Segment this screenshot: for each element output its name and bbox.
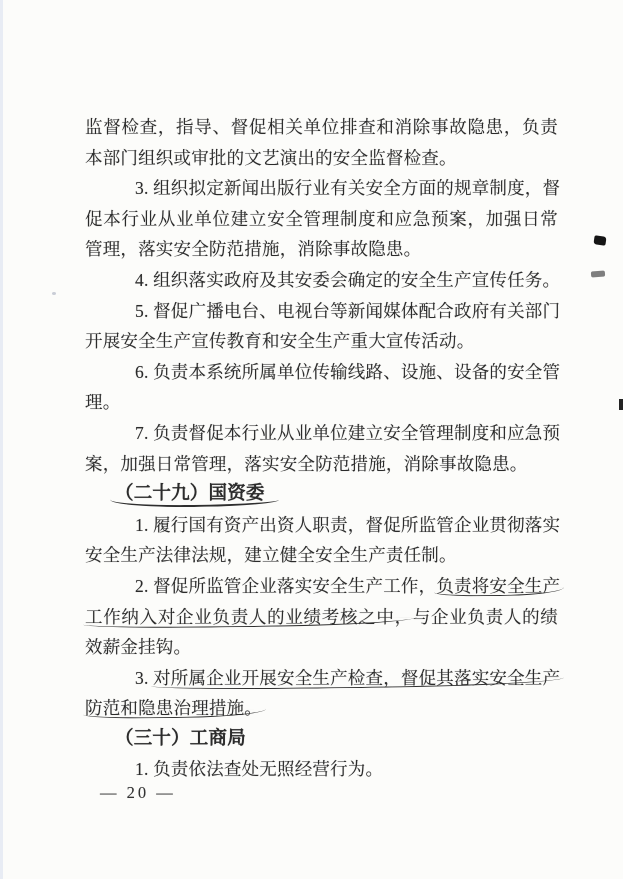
line-text: 本部门组织或审批的文艺演出的安全监督检查。 xyxy=(85,148,457,168)
line-text: 与企业负责人的绩 xyxy=(413,607,558,627)
scan-artifact xyxy=(619,399,623,410)
line-text: 效薪金挂钩。 xyxy=(85,637,191,657)
line-text: 安全生产法律法规，建立健全安全生产责任制。 xyxy=(85,545,457,565)
line-text: 5. 督促广播电台、电视台等新闻媒体配合政府有关部门 xyxy=(135,301,560,321)
text-line: 促本行业从业单位建立安全管理制度和应急预案，加强日常 xyxy=(85,204,558,235)
scan-artifact xyxy=(52,292,56,295)
text-line: 监督检查，指导、督促相关单位排查和消除事故隐患，负责 xyxy=(85,112,558,143)
line-text: 2. 督促所监管企业落实安全生产工作， xyxy=(135,576,436,596)
scan-artifact xyxy=(591,271,605,278)
scanned-document-page: 监督检查，指导、督促相关单位排查和消除事故隐患，负责 本部门组织或审批的文艺演出… xyxy=(0,0,623,879)
text-line: 案，加强日常管理，落实安全防范措施，消除事故隐患。 xyxy=(85,449,558,480)
line-text: 1. 履行国有资产出资人职责，督促所监管企业贯彻落实 xyxy=(135,515,560,535)
text-line: 工作纳入对企业负责人的业绩考核之中，与企业负责人的绩 xyxy=(85,602,558,633)
section-heading-guoziwei: （二十九）国资委 xyxy=(85,479,558,510)
text-line: 管理，落实安全防范措施，消除事故隐患。 xyxy=(85,234,558,265)
text-line: 3. 对所属企业开展安全生产检查，督促其落实安全生产 xyxy=(85,663,558,694)
text-line: 5. 督促广播电台、电视台等新闻媒体配合政府有关部门 xyxy=(85,296,558,327)
underlined-text: 负责将安全生产 xyxy=(436,576,560,596)
line-text: 4. 组织落实政府及其安委会确定的安全生产宣传任务。 xyxy=(135,270,560,290)
text-line: 3. 组织拟定新闻出版行业有关安全方面的规章制度，督 xyxy=(85,173,558,204)
page-number: — 20 — xyxy=(100,783,176,803)
text-line: 7. 负责督促本行业从业单位建立安全管理制度和应急预 xyxy=(85,418,558,449)
underlined-text: 防范和隐患治理措施。 xyxy=(85,698,262,718)
scan-artifact xyxy=(593,235,606,246)
line-text: 1. 负责依法查处无照经营行为。 xyxy=(135,759,383,779)
text-line: 4. 组织落实政府及其安委会确定的安全生产宣传任务。 xyxy=(85,265,558,296)
text-line: 1. 履行国有资产出资人职责，督促所监管企业贯彻落实 xyxy=(85,510,558,541)
scan-left-edge xyxy=(0,0,3,879)
line-text: 监督检查，指导、督促相关单位排查和消除事故隐患，负责 xyxy=(85,117,558,137)
line-text: 案，加强日常管理，落实安全防范措施，消除事故隐患。 xyxy=(85,454,528,474)
text-line: 6. 负责本系统所属单位传输线路、设施、设备的安全管 xyxy=(85,357,558,388)
text-line: 1. 负责依法查处无照经营行为。 xyxy=(85,754,558,785)
line-text: 7. 负责督促本行业从业单位建立安全管理制度和应急预 xyxy=(135,423,560,443)
text-line: 本部门组织或审批的文艺演出的安全监督检查。 xyxy=(85,143,558,174)
document-body: 监督检查，指导、督促相关单位排查和消除事故隐患，负责 本部门组织或审批的文艺演出… xyxy=(85,112,558,785)
line-text: 3. 组织拟定新闻出版行业有关安全方面的规章制度，督 xyxy=(135,178,560,198)
text-line: 理。 xyxy=(85,387,558,418)
underlined-text: 工作纳入对企业负责人的业绩考核之中， xyxy=(85,607,413,627)
text-line: 效薪金挂钩。 xyxy=(85,632,558,663)
line-text: 开展安全生产宣传教育和安全生产重大宣传活动。 xyxy=(85,331,474,351)
line-text: 促本行业从业单位建立安全管理制度和应急预案，加强日常 xyxy=(85,209,558,229)
text-line: 2. 督促所监管企业落实安全生产工作，负责将安全生产 xyxy=(85,571,558,602)
line-text: 管理，落实安全防范措施，消除事故隐患。 xyxy=(85,239,421,259)
section-heading-gongshangju: （三十）工商局 xyxy=(85,724,558,755)
heading-text: （三十）工商局 xyxy=(115,729,246,749)
underlined-text: 对所属企业开展安全生产检查，督促其落实安全生产 xyxy=(153,668,560,688)
heading-text-underlined: （二十九）国资委 xyxy=(115,484,265,504)
line-text: 理。 xyxy=(85,392,120,412)
text-line: 防范和隐患治理措施。 xyxy=(85,693,558,724)
line-text: 6. 负责本系统所属单位传输线路、设施、设备的安全管 xyxy=(135,362,560,382)
text-line: 安全生产法律法规，建立健全安全生产责任制。 xyxy=(85,540,558,571)
text-line: 开展安全生产宣传教育和安全生产重大宣传活动。 xyxy=(85,326,558,357)
